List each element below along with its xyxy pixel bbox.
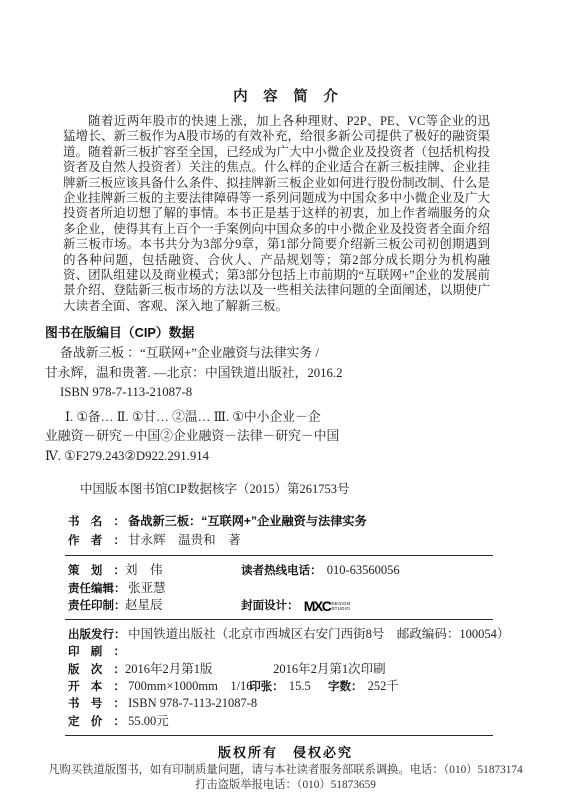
format-label: 开本： — [68, 679, 125, 695]
row-planner: 策划：刘 伟 读者热线电话： 010-63560056 — [68, 562, 493, 579]
book-title-value: 备战新三板：“互联网+”企业融资与法律实务 — [128, 514, 367, 528]
isbn-label: 书号： — [68, 696, 125, 712]
cover-design-label: 封面设计： — [241, 598, 299, 614]
mxc-design-studio-logo: MXC DESIGN STUDIO — [304, 598, 351, 614]
hotline-value: 010-63560056 — [327, 563, 400, 577]
cip-isbn-line: ISBN 978-7-113-21087-8 — [45, 383, 571, 403]
format-value: 700mm×1000mm 1/16 — [128, 678, 246, 694]
mxc-logo-text: MXC — [304, 598, 331, 614]
summary-paragraph: 随着近两年股市的快速上涨，加上各种理财、P2P、PE、VC等企业的迅猛增长、新三… — [63, 114, 490, 314]
divider-bottom — [65, 735, 493, 736]
edition-value: 2016年2月第1版 — [125, 662, 213, 676]
row-author: 作者： 甘永辉 温贵和 著 — [68, 531, 493, 550]
divider-middle — [65, 619, 493, 620]
divider-top — [65, 555, 493, 556]
anti-piracy-line: 打击盗版举报电话：（010）51873659 — [0, 778, 571, 794]
planner-cell: 策划：刘 伟 — [68, 562, 238, 579]
summary-title: 内 容 简 介 — [0, 0, 571, 106]
service-contact-line: 凡购买铁道版图书，如有印制质量问题，请与本社读者服务部联系调换。电话：（010）… — [0, 763, 571, 779]
printing-label: 印刷： — [68, 644, 125, 660]
editor-label: 责任编辑： — [68, 581, 125, 597]
cip-registry-number: 中国版本图书馆CIP数据核字（2015）第261753号 — [80, 479, 571, 497]
edition-printing-value: 2016年2月第1次印刷 — [273, 662, 386, 676]
row-publisher: 出版发行： 中国铁道出版社（北京市西城区右安门西街8号 邮政编码：100054） — [68, 626, 493, 643]
footer: 版权所有 侵权必究 凡购买铁道版图书，如有印制质量问题，请与本社读者服务部联系调… — [0, 742, 571, 794]
book-title-label: 书名： — [68, 513, 125, 531]
print-supervisor-value: 赵星辰 — [125, 598, 163, 612]
row-print-supervisor: 责任印制：赵星辰 封面设计： MXC DESIGN STUDIO — [68, 597, 493, 614]
row-edition: 版次：2016年2月第1版 2016年2月第1次印刷 — [68, 661, 493, 678]
cip-classification-line-2: 业融资－研究－中国②企业融资－法律－研究－中国 — [45, 427, 571, 447]
row-format: 开本： 700mm×1000mm 1/16 印张： 15.5 字数： 252千 — [68, 678, 493, 695]
cip-author-line: 甘永辉，温和贵著. —北京：中国铁道出版社，2016.2 — [45, 364, 571, 384]
cip-heading: 图书在版编目（CIP）数据 — [45, 322, 571, 341]
cip-title-line: 备战新三板 ：“互联网+”企业融资与法律实务 / — [45, 344, 571, 364]
author-label: 作者： — [68, 532, 125, 550]
row-isbn: 书号： ISBN 978-7-113-21087-8 — [68, 695, 493, 712]
isbn-value: ISBN 978-7-113-21087-8 — [128, 696, 257, 710]
book-copyright-page: 内 容 简 介 随着近两年股市的快速上涨，加上各种理财、P2P、PE、VC等企业… — [0, 0, 571, 800]
publisher-label: 出版发行： — [68, 627, 125, 643]
row-book-title: 书名： 备战新三板：“互联网+”企业融资与法律实务 — [68, 512, 493, 531]
hotline-label: 读者热线电话： — [241, 563, 322, 579]
planner-label: 策划： — [68, 563, 125, 579]
cip-classification-line-3: Ⅳ. ①F279.243②D922.291.914 — [45, 447, 571, 467]
edition-label: 版次： — [68, 662, 125, 678]
colophon: 书名： 备战新三板：“互联网+”企业融资与法律实务 作者： 甘永辉 温贵和 著 … — [68, 512, 493, 736]
cip-block: 备战新三板 ：“互联网+”企业融资与法律实务 / 甘永辉，温和贵著. —北京：中… — [45, 344, 571, 466]
price-label: 定价： — [68, 714, 125, 730]
sheets-label: 印张： — [249, 679, 284, 695]
mxc-logo-sub2: STUDIO — [331, 606, 350, 611]
price-value: 55.00元 — [128, 714, 169, 728]
row-editor: 责任编辑： 张亚慧 — [68, 580, 493, 597]
editor-value: 张亚慧 — [128, 581, 166, 595]
edition-cell: 版次：2016年2月第1版 — [68, 661, 270, 678]
planner-value: 刘 伟 — [125, 563, 163, 577]
cip-classification-line-1: Ⅰ. ①备… Ⅱ. ①甘… ②温… Ⅲ. ①中小企业－企 — [45, 408, 571, 428]
words-label: 字数： — [328, 679, 363, 695]
row-printing: 印刷： — [68, 643, 493, 660]
publisher-value: 中国铁道出版社（北京市西城区右安门西街8号 邮政编码：100054） — [128, 627, 509, 641]
print-supervisor-cell: 责任印制：赵星辰 — [68, 597, 238, 614]
print-supervisor-label: 责任印制： — [68, 598, 125, 614]
mxc-logo-subtext: DESIGN STUDIO — [331, 601, 350, 611]
words-value: 252千 — [368, 679, 399, 693]
sheets-value: 15.5 — [289, 678, 325, 694]
copyright-notice: 版权所有 侵权必究 — [0, 742, 571, 761]
author-value: 甘永辉 温贵和 著 — [128, 533, 241, 547]
row-price: 定价： 55.00元 — [68, 713, 493, 730]
